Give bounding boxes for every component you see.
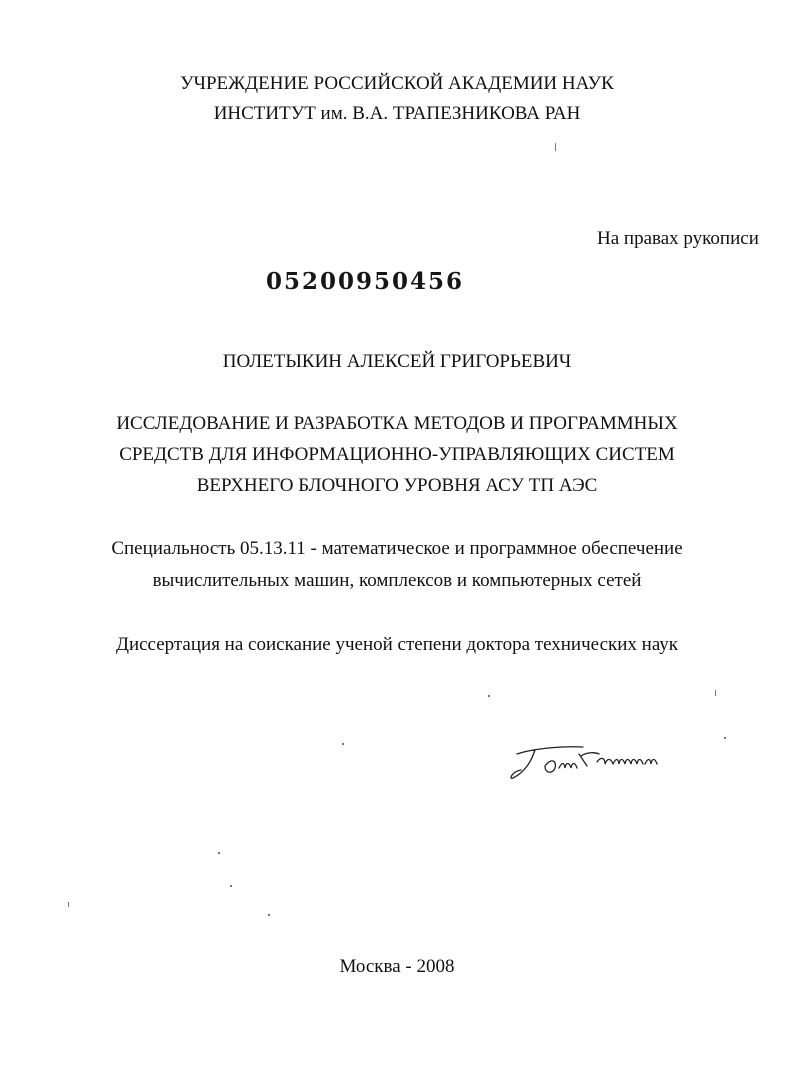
organization-line-2: ИНСТИТУТ им. В.А. ТРАПЕЗНИКОВА РАН (0, 102, 794, 126)
rights-note: На правах рукописи (597, 227, 759, 251)
city-year: Москва - 2008 (0, 955, 794, 979)
scan-artifact (555, 143, 556, 151)
archive-stamp-number: 05200950456 (266, 268, 464, 295)
scan-artifact (268, 914, 270, 916)
specialty-line-1: Специальность 05.13.11 - математическое … (0, 537, 794, 561)
scan-artifact (715, 690, 716, 696)
signature-icon (505, 742, 675, 782)
scan-artifact (342, 743, 344, 745)
organization-line-1: УЧРЕЖДЕНИЕ РОССИЙСКОЙ АКАДЕМИИ НАУК (0, 72, 794, 96)
scan-artifact (68, 902, 69, 907)
degree-statement: Диссертация на соискание ученой степени … (0, 633, 794, 657)
title-line-1: ИССЛЕДОВАНИЕ И РАЗРАБОТКА МЕТОДОВ И ПРОГ… (0, 412, 794, 436)
specialty-line-2: вычислительных машин, комплексов и компь… (0, 569, 794, 593)
title-line-2: СРЕДСТВ ДЛЯ ИНФОРМАЦИОННО-УПРАВЛЯЮЩИХ СИ… (0, 443, 794, 467)
title-line-3: ВЕРХНЕГО БЛОЧНОГО УРОВНЯ АСУ ТП АЭС (0, 474, 794, 498)
author-name: ПОЛЕТЫКИН АЛЕКСЕЙ ГРИГОРЬЕВИЧ (0, 350, 794, 374)
scan-artifact (488, 695, 490, 697)
scan-artifact (724, 737, 726, 739)
scan-artifact (230, 885, 232, 887)
scan-artifact (218, 852, 220, 854)
